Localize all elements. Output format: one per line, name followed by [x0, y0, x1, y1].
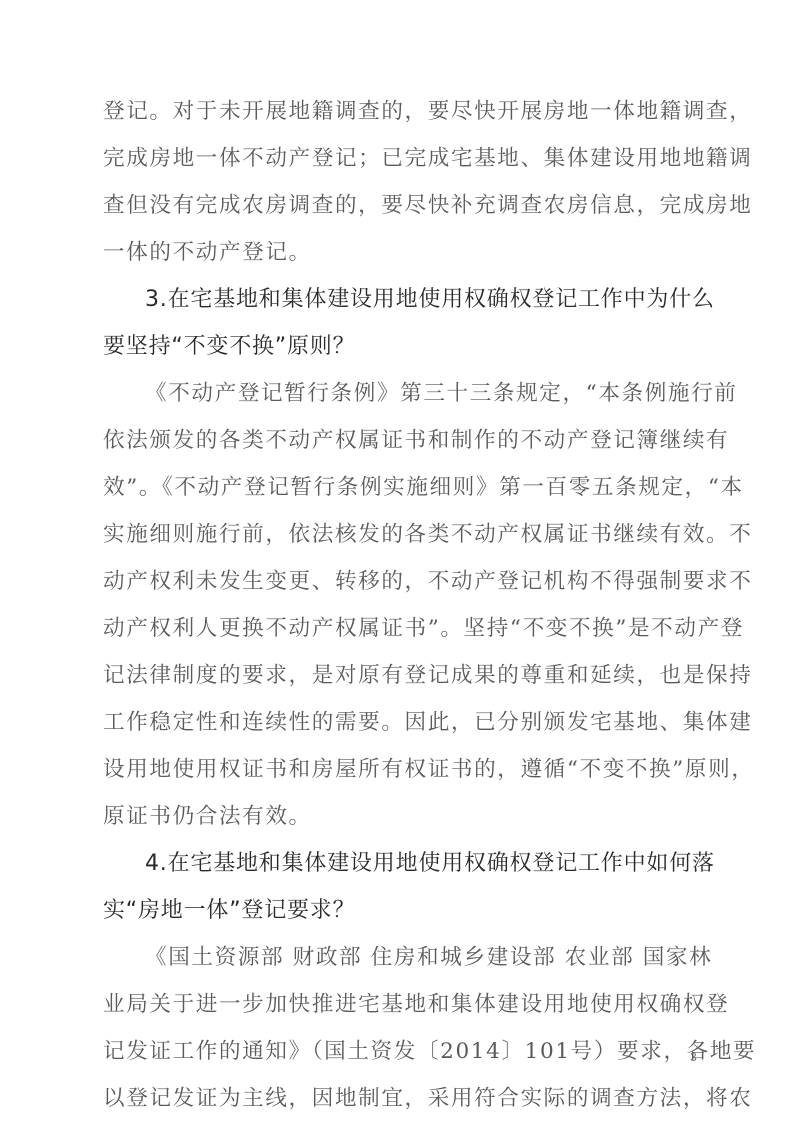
section-heading-4: 4.在宅基地和集体建设用地使用权确权登记工作中如何落	[145, 850, 703, 878]
paragraph-line: 查但没有完成农房调查的，要尽快补充调查农房信息，完成房地	[103, 192, 703, 220]
page-number: 3	[690, 1050, 697, 1064]
document-page: 登记。对于未开展地籍调查的，要尽快开展房地一体地籍调查， 完成房地一体不动产登记…	[0, 0, 800, 1131]
paragraph-line: 登记。对于未开展地籍调查的，要尽快开展房地一体地籍调查，	[103, 98, 703, 126]
paragraph-line: 动产权利人更换不动产权属证书”。坚持“不变不换”是不动产登	[103, 615, 703, 643]
paragraph-line: 效”。《不动产登记暂行条例实施细则》第一百零五条规定，“本	[103, 474, 703, 502]
paragraph-line: 业局关于进一步加快推进宅基地和集体建设用地使用权确权登	[103, 991, 703, 1019]
paragraph-line: 动产权利未发生变更、转移的，不动产登记机构不得强制要求不	[103, 568, 703, 596]
paragraph-line: 工作稳定性和连续性的需要。因此，已分别颁发宅基地、集体建	[103, 709, 703, 737]
paragraph-line: 《不动产登记暂行条例》第三十三条规定，“本条例施行前	[145, 380, 703, 408]
paragraph-line: 依法颁发的各类不动产权属证书和制作的不动产登记簿继续有	[103, 427, 703, 455]
section-heading-3-cont: 要坚持“不变不换”原则？	[103, 333, 703, 361]
paragraph-line: 原证书仍合法有效。	[103, 803, 703, 831]
paragraph-line: 《国土资源部 财政部 住房和城乡建设部 农业部 国家林	[145, 944, 703, 972]
section-heading-4-cont: 实“房地一体”登记要求？	[103, 897, 703, 925]
paragraph-line: 完成房地一体不动产登记；已完成宅基地、集体建设用地地籍调	[103, 145, 703, 173]
paragraph-line: 以登记发证为主线，因地制宜，采用符合实际的调查方法，将农	[103, 1085, 703, 1113]
paragraph-line: 设用地使用权证书和房屋所有权证书的，遵循“不变不换”原则，	[103, 756, 703, 784]
paragraph-line: 记法律制度的要求，是对原有登记成果的尊重和延续，也是保持	[103, 662, 703, 690]
paragraph-line: 实施细则施行前，依法核发的各类不动产权属证书继续有效。不	[103, 521, 703, 549]
section-heading-3: 3.在宅基地和集体建设用地使用权确权登记工作中为什么	[145, 286, 703, 314]
paragraph-line: 一体的不动产登记。	[103, 239, 703, 267]
paragraph-line: 记发证工作的通知》（国土资发〔2014〕101号）要求，各地要	[103, 1038, 703, 1066]
